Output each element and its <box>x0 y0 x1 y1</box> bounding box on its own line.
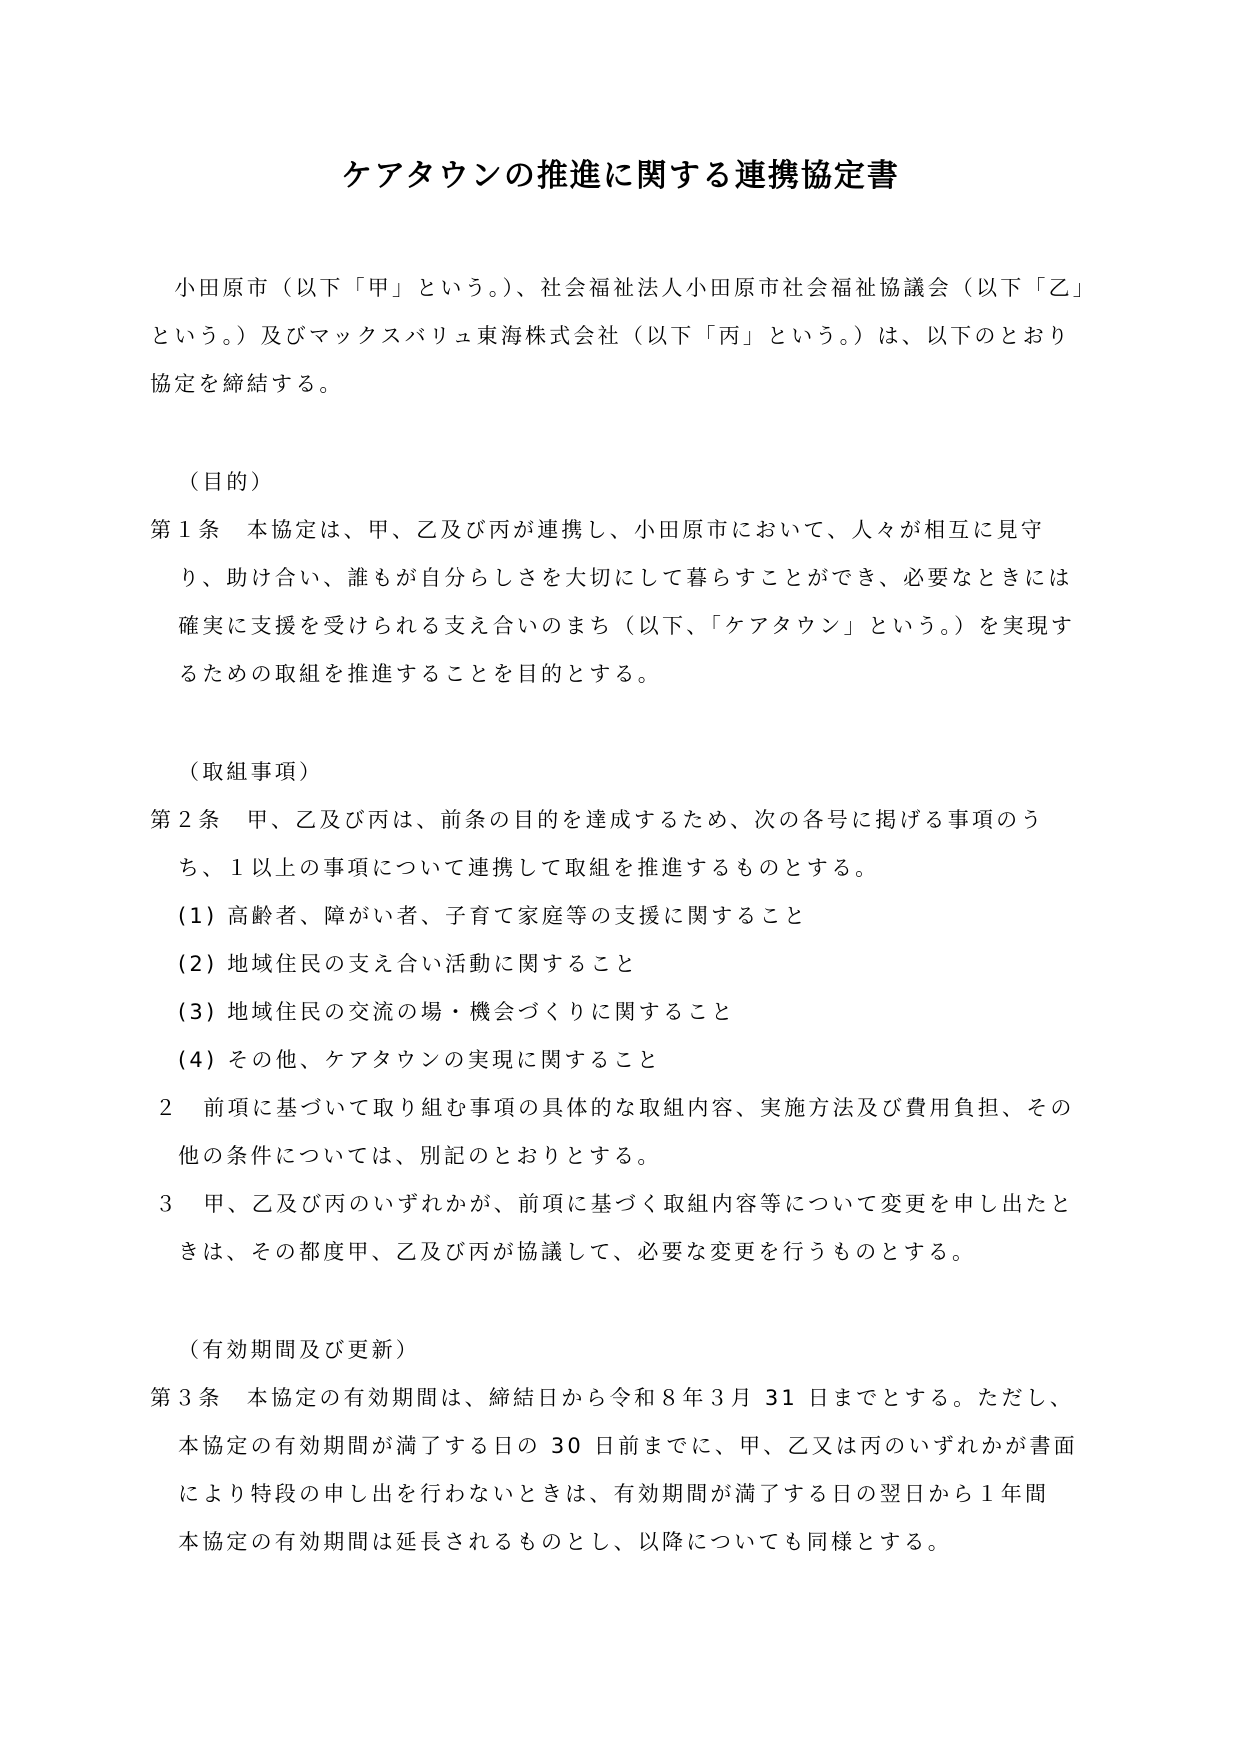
article3-heading: （有効期間及び更新） <box>178 1334 420 1364</box>
article2-item: (4) その他、ケアタウンの実現に関すること <box>178 1044 661 1074</box>
preamble-line: 協定を締結する。 <box>150 368 344 398</box>
article1-line: 確実に支援を受けられる支え合いのまち（以下、「ケアタウン」という。）を実現す <box>178 610 1075 640</box>
article2-item: (3) 地域住民の交流の場・機会づくりに関すること <box>178 996 735 1026</box>
document-title: ケアタウンの推進に関する連携協定書 <box>0 150 1241 195</box>
preamble-line: という。）及びマックスバリュ東海株式会社（以下「丙」という。）は、以下のとおり <box>150 320 1071 350</box>
article1-line: 第１条 本協定は、甲、乙及び丙が連携し、小田原市において、人々が相互に見守 <box>150 514 1045 544</box>
article3-line: により特段の申し出を行わないときは、有効期間が満了する日の翌日から１年間 <box>178 1478 1049 1508</box>
article2-line: ち、１以上の事項について連携して取組を推進するものとする。 <box>178 852 879 882</box>
article3-line: 第３条 本協定の有効期間は、締結日から令和８年３月 31 日までとする。ただし、 <box>150 1382 1074 1412</box>
article1-line: り、助け合い、誰もが自分らしさを大切にして暮らすことができ、必要なときには <box>178 562 1073 592</box>
article3-line: 本協定の有効期間が満了する日の 30 日前までに、甲、乙又は丙のいずれかが書面 <box>178 1430 1078 1460</box>
article2-line: 第２条 甲、乙及び丙は、前条の目的を達成するため、次の各号に掲げる事項のう <box>150 804 1045 834</box>
article2-heading: （取組事項） <box>178 756 323 786</box>
article2-para3-line: ３ 甲、乙及び丙のいずれかが、前項に基づく取組内容等について変更を申し出たと <box>155 1188 1074 1218</box>
article2-item: (1) 高齢者、障がい者、子育て家庭等の支援に関すること <box>178 900 808 930</box>
article1-line: るための取組を推進することを目的とする。 <box>178 658 662 688</box>
preamble-line: 小田原市（以下「甲」という。）、社会福祉法人小田原市社会福祉協議会（以下「乙」 <box>150 272 1097 302</box>
article2-para3-line: きは、その都度甲、乙及び丙が協議して、必要な変更を行うものとする。 <box>178 1236 976 1266</box>
article3-line: 本協定の有効期間は延長されるものとし、以降についても同様とする。 <box>178 1526 952 1556</box>
article2-para2-line: 他の条件については、別記のとおりとする。 <box>178 1140 662 1170</box>
article2-para2-line: ２ 前項に基づいて取り組む事項の具体的な取組内容、実施方法及び費用負担、その <box>155 1092 1075 1122</box>
article2-item: (2) 地域住民の支え合い活動に関すること <box>178 948 639 978</box>
article1-heading: （目的） <box>178 466 275 496</box>
